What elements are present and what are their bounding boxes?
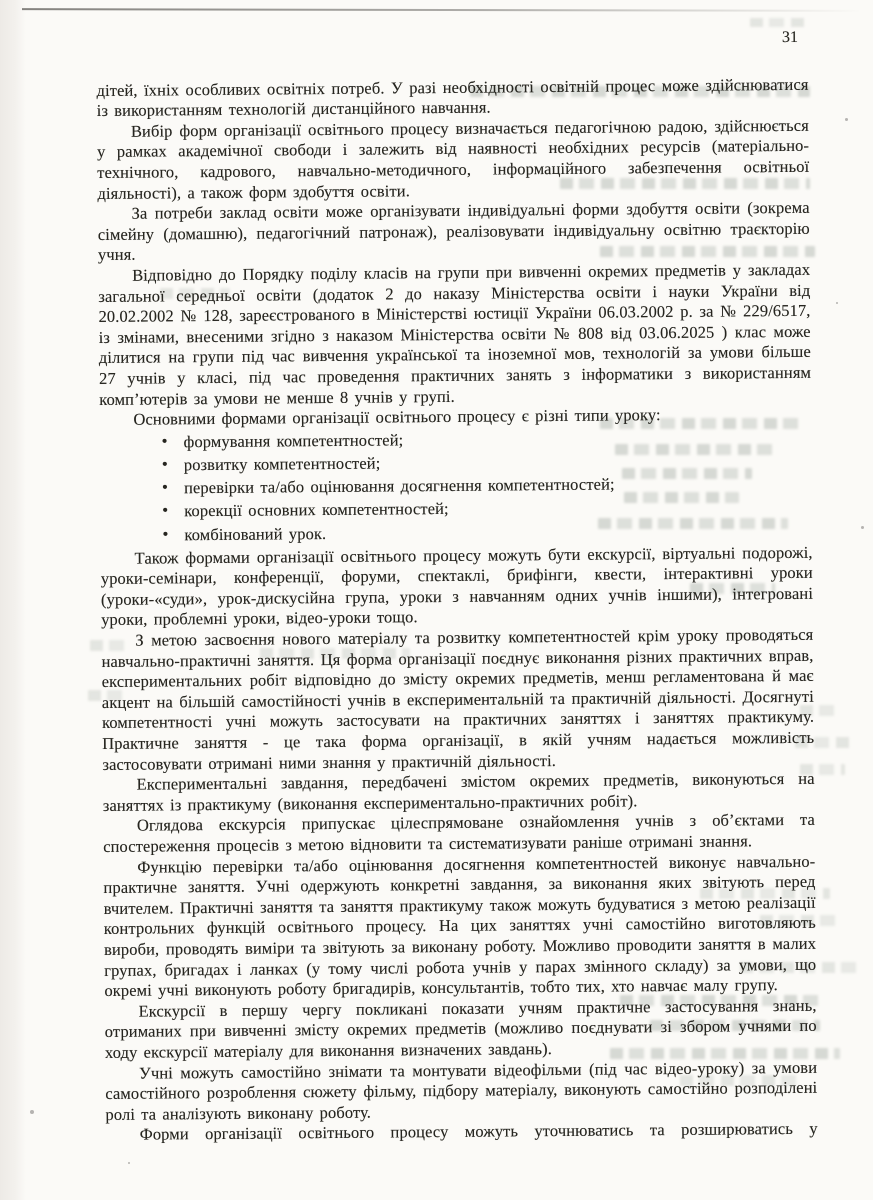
paragraph: Вибір форм організації освітнього процес… bbox=[97, 116, 810, 205]
list-item: формування компетентностей; bbox=[100, 427, 812, 454]
paragraph: Функцію перевірки та/або оцінювання дося… bbox=[103, 851, 816, 1001]
paragraph: За потреби заклад освіти може організува… bbox=[98, 198, 811, 266]
lesson-types-list: формування компетентностей; розвитку ком… bbox=[100, 427, 813, 546]
scan-speck bbox=[845, 118, 848, 121]
paragraph: Екскурсії в першу чергу покликані показа… bbox=[104, 995, 817, 1063]
scanner-edge-shadow bbox=[0, 0, 26, 1200]
scan-speck bbox=[836, 302, 838, 304]
list-item: комбінований урок. bbox=[100, 519, 812, 546]
list-item: розвитку компетентностей; bbox=[100, 450, 812, 477]
list-item: корекції основних компетентностей; bbox=[100, 496, 812, 523]
paragraph: Також формами організації освітнього про… bbox=[101, 542, 814, 631]
paper-edge-line bbox=[22, 8, 862, 12]
paragraph: Оглядова екскурсія припускає цілеспрямов… bbox=[103, 810, 815, 857]
document-content: 31 дітей, їхніх особливих освітніх потре… bbox=[96, 22, 818, 1146]
scanned-document-page: 31 дітей, їхніх особливих освітніх потре… bbox=[0, 0, 873, 1200]
page-number: 31 bbox=[96, 28, 808, 55]
scan-speck bbox=[861, 526, 864, 529]
scan-speck bbox=[30, 1110, 34, 1114]
scan-speck bbox=[128, 1162, 130, 1164]
paragraph-continuation: дітей, їхніх особливих освітніх потреб. … bbox=[96, 74, 808, 121]
paragraph: З метою засвоєння нового матеріалу та ро… bbox=[101, 625, 814, 775]
list-item: перевірки та/або оцінювання досягнення к… bbox=[100, 473, 812, 500]
paragraph: Відповідно до Порядку поділу класів на г… bbox=[98, 260, 811, 410]
paragraph: Учні можуть самостійно знімати та монтув… bbox=[105, 1057, 818, 1125]
paragraph: Експериментальні завдання, передбачені з… bbox=[103, 769, 815, 816]
